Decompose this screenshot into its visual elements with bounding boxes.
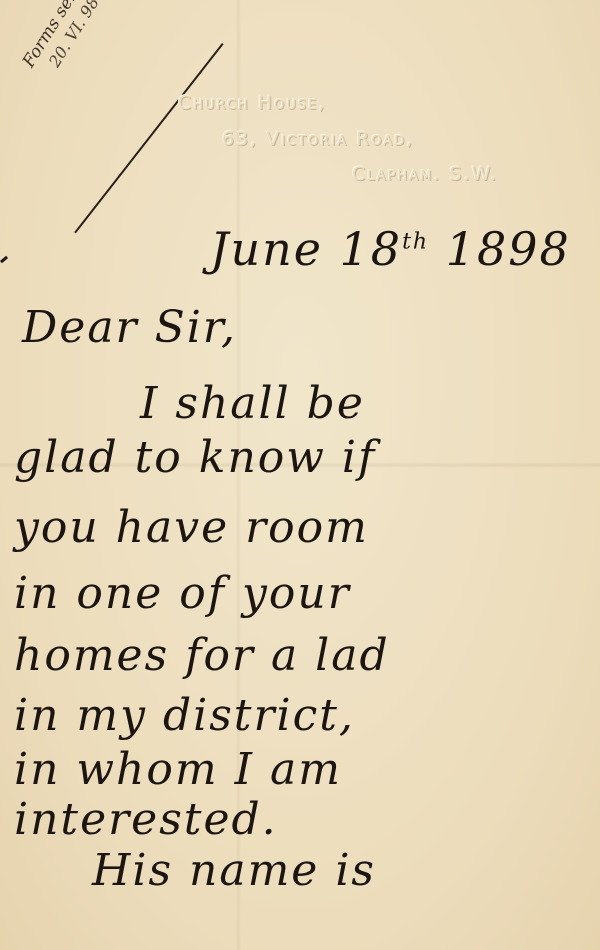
body-line: His name is (92, 845, 376, 896)
body-line: you have room (14, 502, 369, 553)
body-line: glad to know if (14, 432, 376, 483)
body-line: in my district, (14, 690, 355, 741)
body-line: I shall be (140, 378, 365, 429)
margin-annotation: Forms sent 20. VI. 98 (18, 0, 106, 83)
date-year: 1898 (446, 222, 571, 276)
body-line: in one of your (14, 568, 351, 619)
diagonal-pen-stroke (74, 43, 223, 233)
body-line: in whom I am (14, 744, 342, 795)
letterhead-line-3: Clapham. S.W. (352, 163, 498, 185)
letter-page: Forms sent 20. VI. 98 Church House, 63, … (0, 0, 600, 950)
ink-mark (0, 256, 8, 263)
greeting: Dear Sir, (22, 302, 237, 353)
date-suffix: th (402, 230, 429, 255)
letterhead-line-2: 63, Victoria Road, (222, 128, 414, 150)
letter-date: June 18th 1898 (210, 222, 571, 276)
body-line: interested. (14, 794, 278, 845)
date-month-day: June 18 (210, 222, 402, 276)
body-line: homes for a lad (14, 630, 390, 681)
letterhead-line-1: Church House, (178, 92, 326, 114)
